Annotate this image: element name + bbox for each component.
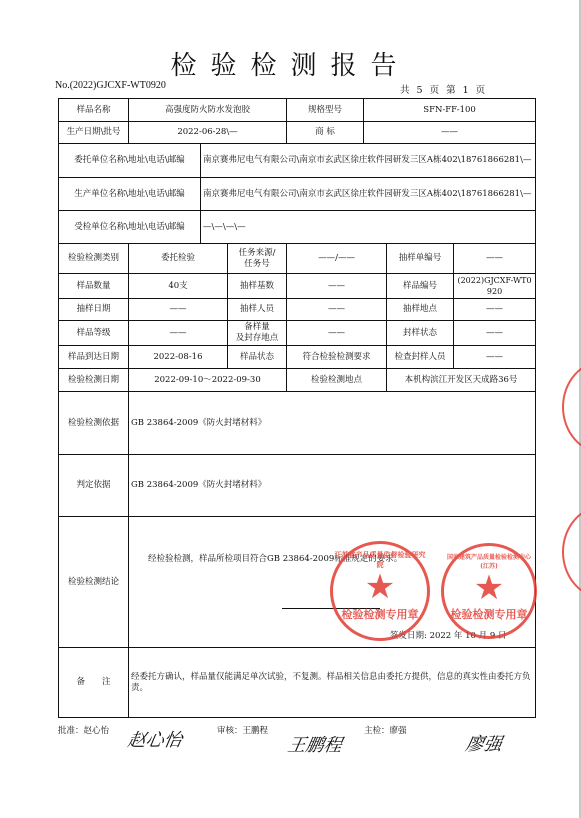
client-value: 南京赛弗尼电气有限公司\南京市玄武区徐庄软件园研发三区A栋402\1876186… xyxy=(201,144,536,178)
sample-state-label: 样品状态 xyxy=(228,346,287,369)
brand-label: 商 标 xyxy=(287,122,364,144)
sample-name: 高强度防火防水发泡胶 xyxy=(129,99,287,122)
remarks-label: 备 注 xyxy=(59,648,129,718)
quantity-label: 样品数量 xyxy=(59,274,129,299)
seal-checker: —— xyxy=(454,346,536,369)
test-type-label: 检验检测类别 xyxy=(59,244,129,274)
test-place: 本机构滨江开发区天成路36号 xyxy=(387,369,536,392)
partial-stamp-edge-1 xyxy=(562,360,581,454)
seal-state-label: 封样状态 xyxy=(387,321,454,346)
spec-value: SFN-FF-100 xyxy=(364,99,536,122)
reviewer-signature: 王鹏程 xyxy=(286,731,345,757)
prod-date-label: 生产日期\批号 xyxy=(59,122,129,144)
seal-checker-label: 检查封样人员 xyxy=(387,346,454,369)
sampling-place-label: 抽样地点 xyxy=(387,299,454,321)
official-stamp-2: 国家建筑产品质量检验检测中心(江苏) ★ 检验检测专用章 xyxy=(441,543,537,639)
test-place-label: 检验检测地点 xyxy=(287,369,387,392)
grade-label: 样品等级 xyxy=(59,321,129,346)
grade: —— xyxy=(129,321,228,346)
test-date-label: 检验检测日期 xyxy=(59,369,129,392)
sampling-date-label: 抽样日期 xyxy=(59,299,129,321)
basis-label: 检验检测依据 xyxy=(59,392,129,455)
approver-label: 批准：赵心怡 xyxy=(58,724,109,736)
sampling-date: —— xyxy=(129,299,228,321)
judge-label: 判定依据 xyxy=(59,455,129,517)
sampling-base-label: 抽样基数 xyxy=(228,274,287,299)
judge-value: GB 23864-2009《防火封堵材料》 xyxy=(129,455,536,517)
arrival-label: 样品到达日期 xyxy=(59,346,129,369)
page-count: 共 5 页 第 1 页 xyxy=(400,82,487,96)
inspector-signature: 廖强 xyxy=(464,730,505,756)
task-source-label: 任务来源/ 任务号 xyxy=(228,244,287,274)
task-source: ——/—— xyxy=(287,244,387,274)
sample-name-label: 样品名称 xyxy=(59,99,129,122)
arrival: 2022-08-16 xyxy=(129,346,228,369)
spec-label: 规格型号 xyxy=(287,99,364,122)
sample-no: (2022)GJCXF-WT0920 xyxy=(454,274,536,299)
basis-value: GB 23864-2009《防火封堵材料》 xyxy=(129,392,536,455)
quantity: 40支 xyxy=(129,274,228,299)
partial-stamp-edge-2 xyxy=(562,505,581,599)
prod-date: 2022-06-28\— xyxy=(129,122,287,144)
sampling-place: —— xyxy=(454,299,536,321)
sample-no-label: 样品编号 xyxy=(387,274,454,299)
client-label: 委托单位名称\地址\电话\邮编 xyxy=(59,144,201,178)
sampling-no: —— xyxy=(454,244,536,274)
seal-state: —— xyxy=(454,321,536,346)
inspected-unit-label: 受检单位名称\地址\电话\邮编 xyxy=(59,211,201,244)
reviewer-label: 审核：王鹏程 xyxy=(217,724,268,736)
sampler: —— xyxy=(287,299,387,321)
sample-state: 符合检验检测要求 xyxy=(287,346,387,369)
brand-value: —— xyxy=(364,122,536,144)
test-date: 2022-09-10～2022-09-30 xyxy=(129,369,287,392)
star-icon: ★ xyxy=(444,571,534,605)
conclusion-label: 检验检测结论 xyxy=(59,517,129,648)
report-number: No.(2022)GJCXF-WT0920 xyxy=(55,80,166,91)
remarks-value: 经委托方确认，样品量仅能满足单次试验，不复测。样品相关信息由委托方提供，信息的真… xyxy=(129,648,536,718)
inspected-unit-value: —\—\—\— xyxy=(201,211,536,244)
official-stamp-1: 江苏省产品质量监督检验研究院 ★ 检验检测专用章 xyxy=(330,541,430,641)
test-type: 委托检验 xyxy=(129,244,228,274)
producer-label: 生产单位名称\地址\电话\邮编 xyxy=(59,178,201,211)
inspector-label: 主检：廖强 xyxy=(364,724,407,736)
star-icon: ★ xyxy=(333,570,427,604)
backup-label: 备样量 及封存地点 xyxy=(228,321,287,346)
sampling-no-label: 抽样单编号 xyxy=(387,244,454,274)
producer-value: 南京赛弗尼电气有限公司\南京市玄武区徐庄软件园研发三区A栋402\1876186… xyxy=(201,178,536,211)
stamp-center-text: 检验检测专用章 xyxy=(444,606,534,622)
sampling-base: —— xyxy=(287,274,387,299)
approver-signature: 赵心怡 xyxy=(126,726,185,752)
stamp-center-text: 检验检测专用章 xyxy=(333,606,427,622)
sampler-label: 抽样人员 xyxy=(228,299,287,321)
report-title: 检验检测报告 xyxy=(0,45,581,82)
backup: —— xyxy=(287,321,387,346)
